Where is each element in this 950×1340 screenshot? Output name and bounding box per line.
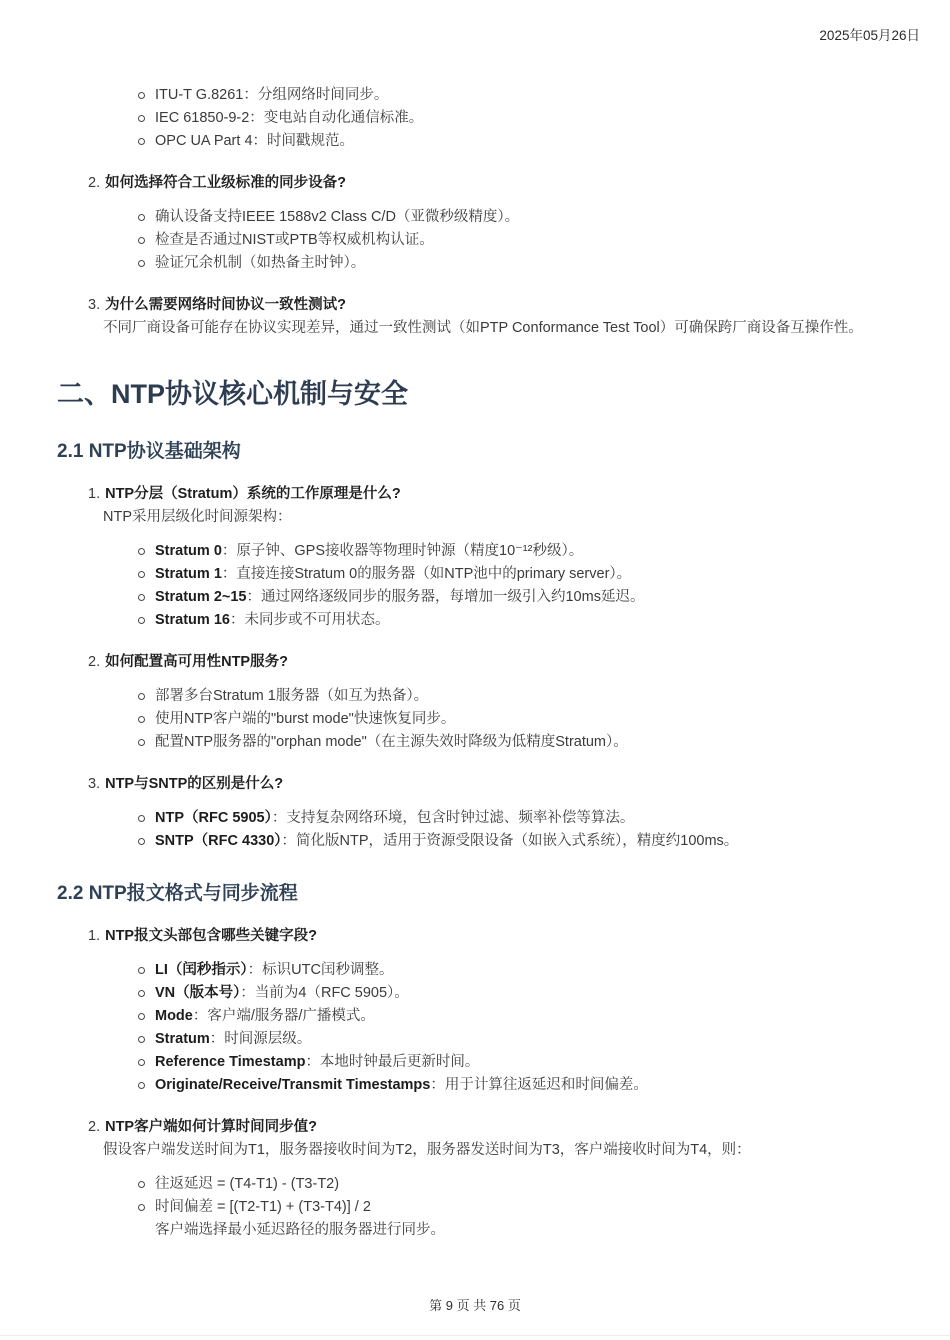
bullet-label: Reference Timestamp bbox=[155, 1054, 305, 1070]
answer-paragraph: 假设客户端发送时间为T1，服务器接收时间为T2，服务器发送时间为T3，客户端接收… bbox=[103, 1140, 950, 1161]
bullet-circle-icon bbox=[138, 1059, 145, 1066]
bullet-label: Originate/Receive/Transmit Timestamps bbox=[155, 1077, 430, 1093]
bullet-text: ：用于计算往返延迟和时间偏差。 bbox=[430, 1077, 648, 1093]
section-heading: 二、NTP协议核心机制与安全 bbox=[57, 377, 950, 411]
question-text: NTP与SNTP的区别是什么? bbox=[105, 776, 283, 792]
bullet-label: NTP（RFC 5905） bbox=[155, 810, 272, 826]
qa-item: 1.NTP报文头部包含哪些关键字段?LI（闰秒指示）：标识UTC闰秒调整。VN（… bbox=[88, 926, 950, 1097]
bullet-circle-icon bbox=[138, 594, 145, 601]
bullet-text: 检查是否通过NIST或PTB等权威机构认证。 bbox=[155, 232, 434, 248]
list-item: Originate/Receive/Transmit Timestamps：用于… bbox=[137, 1074, 950, 1097]
bullet-circle-icon bbox=[138, 1036, 145, 1043]
qa-item: 1.NTP分层（Stratum）系统的工作原理是什么?NTP采用层级化时间源架构… bbox=[88, 484, 950, 632]
bullet-circle-icon bbox=[138, 115, 145, 122]
bullet-text: ：时间源层级。 bbox=[210, 1031, 312, 1047]
bullet-circle-icon bbox=[138, 214, 145, 221]
page-bottom-border bbox=[0, 1335, 950, 1336]
bullet-list: Stratum 0：原子钟、GPS接收器等物理时钟源（精度10⁻¹²秒级）。St… bbox=[137, 540, 950, 632]
list-item: SNTP（RFC 4330）：简化版NTP，适用于资源受限设备（如嵌入式系统），… bbox=[137, 830, 950, 853]
list-item: IEC 61850-9-2：变电站自动化通信标准。 bbox=[137, 107, 950, 130]
qa-item: 3.为什么需要网络时间协议一致性测试?不同厂商设备可能存在协议实现差异，通过一致… bbox=[88, 295, 950, 339]
question-text: 如何配置高可用性NTP服务? bbox=[105, 654, 288, 670]
subsection-heading: 2.2 NTP报文格式与同步流程 bbox=[57, 881, 950, 906]
list-item: 时间偏差 = [(T2-T1) + (T3-T4)] / 2 bbox=[137, 1196, 950, 1219]
bullet-text: IEC 61850-9-2：变电站自动化通信标准。 bbox=[155, 110, 423, 126]
list-item: VN（版本号）：当前为4（RFC 5905）。 bbox=[137, 982, 950, 1005]
bullet-circle-icon bbox=[138, 693, 145, 700]
bullet-text: OPC UA Part 4：时间戳规范。 bbox=[155, 133, 354, 149]
document-date: 2025年05月26日 bbox=[819, 24, 920, 44]
question-number: 1. bbox=[88, 486, 100, 502]
bullet-circle-icon bbox=[138, 990, 145, 997]
bullet-text: 往返延迟 = (T4-T1) - (T3-T2) bbox=[155, 1176, 339, 1192]
bullet-text: ：简化版NTP，适用于资源受限设备（如嵌入式系统），精度约100ms。 bbox=[282, 833, 739, 849]
bullet-circle-icon bbox=[138, 967, 145, 974]
qa-item: 2.NTP客户端如何计算时间同步值?假设客户端发送时间为T1，服务器接收时间为T… bbox=[88, 1117, 950, 1242]
bullet-list: 往返延迟 = (T4-T1) - (T3-T2)时间偏差 = [(T2-T1) … bbox=[137, 1173, 950, 1219]
list-item: OPC UA Part 4：时间戳规范。 bbox=[137, 130, 950, 153]
bullet-circle-icon bbox=[138, 838, 145, 845]
question-number: 1. bbox=[88, 928, 100, 944]
answer-paragraph: NTP采用层级化时间源架构： bbox=[103, 507, 950, 528]
question-number: 2. bbox=[88, 175, 100, 191]
list-item: Stratum 2~15：通过网络逐级同步的服务器，每增加一级引入约10ms延迟… bbox=[137, 586, 950, 609]
bullet-text: 部署多台Stratum 1服务器（如互为热备）。 bbox=[155, 688, 428, 704]
list-item: ITU-T G.8261：分组网络时间同步。 bbox=[137, 84, 950, 107]
bullet-label: Mode bbox=[155, 1008, 193, 1024]
question: 1.NTP报文头部包含哪些关键字段? bbox=[88, 926, 950, 947]
question: 2.NTP客户端如何计算时间同步值? bbox=[88, 1117, 950, 1138]
bullet-label: VN（版本号） bbox=[155, 985, 240, 1001]
bullet-label: Stratum 2~15 bbox=[155, 589, 246, 605]
bullet-circle-icon bbox=[138, 548, 145, 555]
list-item: Stratum 1：直接连接Stratum 0的服务器（如NTP池中的prima… bbox=[137, 563, 950, 586]
bullet-text: ：支持复杂网络环境，包含时钟过滤、频率补偿等算法。 bbox=[272, 810, 635, 826]
question-number: 3. bbox=[88, 776, 100, 792]
bullet-circle-icon bbox=[138, 1082, 145, 1089]
bullet-text: 验证冗余机制（如热备主时钟）。 bbox=[155, 255, 365, 271]
list-item: 确认设备支持IEEE 1588v2 Class C/D（亚微秒级精度）。 bbox=[137, 206, 950, 229]
page-number: 第 9 页 共 76 页 bbox=[0, 1295, 950, 1314]
qa-item: 2.如何配置高可用性NTP服务?部署多台Stratum 1服务器（如互为热备）。… bbox=[88, 652, 950, 754]
question-number: 2. bbox=[88, 1119, 100, 1135]
question: 3.为什么需要网络时间协议一致性测试? bbox=[88, 295, 950, 316]
answer-paragraph: 不同厂商设备可能存在协议实现差异，通过一致性测试（如PTP Conformanc… bbox=[103, 318, 950, 339]
bullet-text: 确认设备支持IEEE 1588v2 Class C/D（亚微秒级精度）。 bbox=[155, 209, 519, 225]
list-item: Stratum：时间源层级。 bbox=[137, 1028, 950, 1051]
list-item: 往返延迟 = (T4-T1) - (T3-T2) bbox=[137, 1173, 950, 1196]
question-text: 为什么需要网络时间协议一致性测试? bbox=[105, 297, 346, 313]
bullet-list: NTP（RFC 5905）：支持复杂网络环境，包含时钟过滤、频率补偿等算法。SN… bbox=[137, 807, 950, 853]
bullet-text: 配置NTP服务器的"orphan mode"（在主源失效时降级为低精度Strat… bbox=[155, 734, 628, 750]
bullet-list: ITU-T G.8261：分组网络时间同步。IEC 61850-9-2：变电站自… bbox=[137, 84, 950, 153]
bullet-circle-icon bbox=[138, 1013, 145, 1020]
list-item: NTP（RFC 5905）：支持复杂网络环境，包含时钟过滤、频率补偿等算法。 bbox=[137, 807, 950, 830]
bullet-label: Stratum 16 bbox=[155, 612, 230, 628]
bullet-label: Stratum bbox=[155, 1031, 210, 1047]
list-item: 配置NTP服务器的"orphan mode"（在主源失效时降级为低精度Strat… bbox=[137, 731, 950, 754]
bullet-text: 时间偏差 = [(T2-T1) + (T3-T4)] / 2 bbox=[155, 1199, 371, 1215]
bullet-label: Stratum 0 bbox=[155, 543, 222, 559]
bullet-circle-icon bbox=[138, 617, 145, 624]
bullet-text: ITU-T G.8261：分组网络时间同步。 bbox=[155, 87, 388, 103]
bullet-text: ：原子钟、GPS接收器等物理时钟源（精度10⁻¹²秒级）。 bbox=[222, 543, 583, 559]
bullet-label: LI（闰秒指示） bbox=[155, 962, 248, 978]
qa-item: 2.如何选择符合工业级标准的同步设备?确认设备支持IEEE 1588v2 Cla… bbox=[88, 173, 950, 275]
bullet-circle-icon bbox=[138, 138, 145, 145]
bullet-text: ：当前为4（RFC 5905）。 bbox=[240, 985, 408, 1001]
list-item: 部署多台Stratum 1服务器（如互为热备）。 bbox=[137, 685, 950, 708]
list-item: Stratum 0：原子钟、GPS接收器等物理时钟源（精度10⁻¹²秒级）。 bbox=[137, 540, 950, 563]
list-item: Stratum 16：未同步或不可用状态。 bbox=[137, 609, 950, 632]
bullet-list: 确认设备支持IEEE 1588v2 Class C/D（亚微秒级精度）。检查是否… bbox=[137, 206, 950, 275]
question-text: NTP报文头部包含哪些关键字段? bbox=[105, 928, 317, 944]
bullet-text: ：直接连接Stratum 0的服务器（如NTP池中的primary server… bbox=[222, 566, 631, 582]
bullet-circle-icon bbox=[138, 1204, 145, 1211]
bullet-list: LI（闰秒指示）：标识UTC闰秒调整。VN（版本号）：当前为4（RFC 5905… bbox=[137, 959, 950, 1097]
question-number: 2. bbox=[88, 654, 100, 670]
bullet-circle-icon bbox=[138, 716, 145, 723]
bullet-label: SNTP（RFC 4330） bbox=[155, 833, 282, 849]
bullet-circle-icon bbox=[138, 92, 145, 99]
list-item: LI（闰秒指示）：标识UTC闰秒调整。 bbox=[137, 959, 950, 982]
answer-note: 客户端选择最小延迟路径的服务器进行同步。 bbox=[155, 1219, 950, 1242]
bullet-text: ：未同步或不可用状态。 bbox=[230, 612, 390, 628]
bullet-circle-icon bbox=[138, 1181, 145, 1188]
bullet-circle-icon bbox=[138, 260, 145, 267]
question: 2.如何配置高可用性NTP服务? bbox=[88, 652, 950, 673]
question: 3.NTP与SNTP的区别是什么? bbox=[88, 774, 950, 795]
qa-item: 3.NTP与SNTP的区别是什么?NTP（RFC 5905）：支持复杂网络环境，… bbox=[88, 774, 950, 853]
question: 1.NTP分层（Stratum）系统的工作原理是什么? bbox=[88, 484, 950, 505]
question-text: NTP分层（Stratum）系统的工作原理是什么? bbox=[105, 486, 401, 502]
document-page: 2025年05月26日 ITU-T G.8261：分组网络时间同步。IEC 61… bbox=[0, 0, 950, 1340]
subsection-heading: 2.1 NTP协议基础架构 bbox=[57, 439, 950, 464]
question-number: 3. bbox=[88, 297, 100, 313]
bullet-text: ：标识UTC闰秒调整。 bbox=[248, 962, 394, 978]
bullet-circle-icon bbox=[138, 571, 145, 578]
list-item: 验证冗余机制（如热备主时钟）。 bbox=[137, 252, 950, 275]
question-text: 如何选择符合工业级标准的同步设备? bbox=[105, 175, 346, 191]
bullet-circle-icon bbox=[138, 237, 145, 244]
bullet-list: 部署多台Stratum 1服务器（如互为热备）。使用NTP客户端的"burst … bbox=[137, 685, 950, 754]
bullet-text: ：通过网络逐级同步的服务器，每增加一级引入约10ms延迟。 bbox=[246, 589, 644, 605]
list-item: Mode：客户端/服务器/广播模式。 bbox=[137, 1005, 950, 1028]
question-text: NTP客户端如何计算时间同步值? bbox=[105, 1119, 317, 1135]
document-content: ITU-T G.8261：分组网络时间同步。IEC 61850-9-2：变电站自… bbox=[0, 0, 950, 1242]
bullet-text: 使用NTP客户端的"burst mode"快速恢复同步。 bbox=[155, 711, 455, 727]
list-item: 检查是否通过NIST或PTB等权威机构认证。 bbox=[137, 229, 950, 252]
bullet-text: ：客户端/服务器/广播模式。 bbox=[193, 1008, 375, 1024]
bullet-text: ：本地时钟最后更新时间。 bbox=[305, 1054, 479, 1070]
list-item: Reference Timestamp：本地时钟最后更新时间。 bbox=[137, 1051, 950, 1074]
list-item: 使用NTP客户端的"burst mode"快速恢复同步。 bbox=[137, 708, 950, 731]
bullet-circle-icon bbox=[138, 815, 145, 822]
bullet-circle-icon bbox=[138, 739, 145, 746]
bullet-label: Stratum 1 bbox=[155, 566, 222, 582]
question: 2.如何选择符合工业级标准的同步设备? bbox=[88, 173, 950, 194]
